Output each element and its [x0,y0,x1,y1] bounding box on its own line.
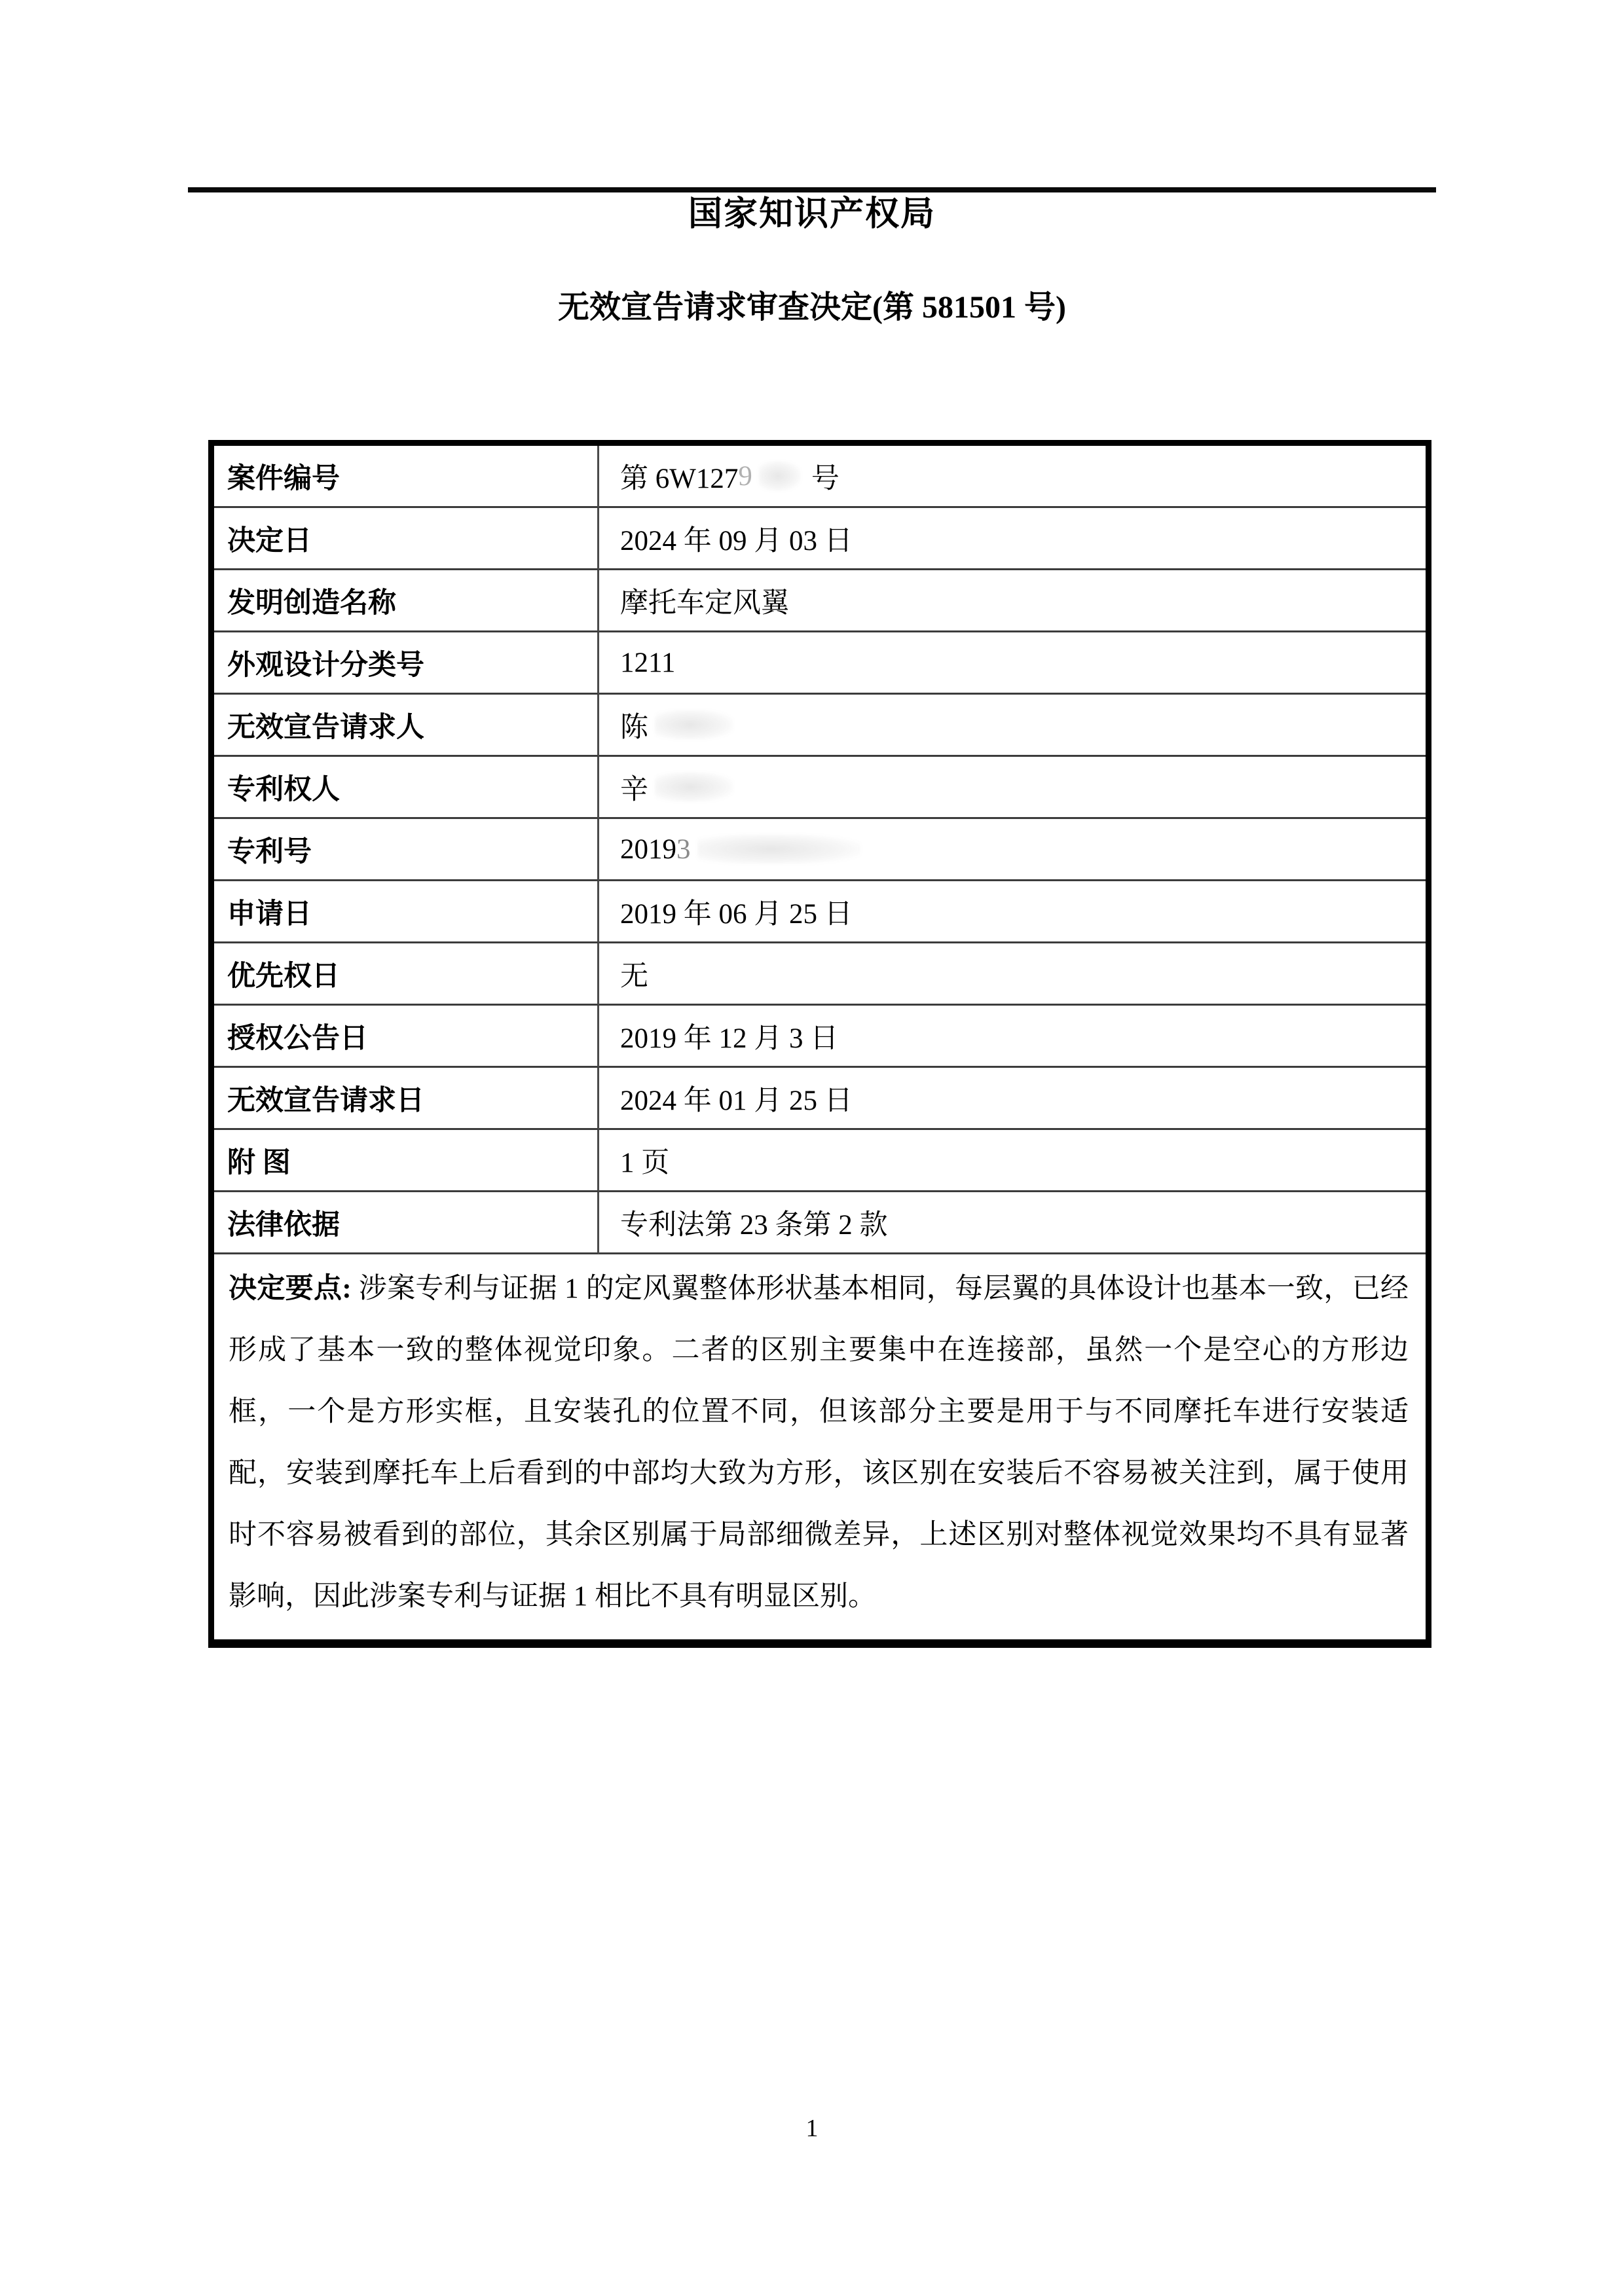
table-row-legal-basis: 法律依据 专利法第 23 条第 2 款 [214,1192,1426,1254]
row-value: 2024 年 01 月 25 日 [599,1068,1426,1130]
org-title: 国家知识产权局 [0,195,1624,234]
redaction-smudge [655,772,733,802]
row-value: 专利法第 23 条第 2 款 [599,1192,1426,1254]
row-value: 陈 [599,695,1426,757]
row-value: 第 6W1279号 [599,446,1426,508]
row-value: 摩托车定风翼 [599,570,1426,632]
decision-points-text: 涉案专利与证据 1 的定风翼整体形状基本相同，每层翼的具体设计也基本一致，已经形… [229,1273,1409,1612]
table-row-patent-number: 专利号 20193 [214,819,1426,881]
row-value: 辛 [599,757,1426,819]
page-number: 1 [0,2113,1624,2143]
value-text: 辛 [620,767,648,807]
case-info-table: 案件编号 第 6W1279号 决定日 2024 年 09 月 03 日 发明创造… [208,440,1431,1648]
row-label: 申请日 [214,881,599,943]
decision-points-label: 决定要点: [229,1273,352,1304]
table-row-case-number: 案件编号 第 6W1279号 [214,446,1426,508]
table-row-grant-date: 授权公告日 2019 年 12 月 3 日 [214,1006,1426,1068]
table-row-design-class: 外观设计分类号 1211 [214,632,1426,695]
row-value: 1211 [599,632,1426,695]
value-text: 2019 [620,833,676,866]
row-label: 发明创造名称 [214,570,599,632]
row-label: 案件编号 [214,446,599,508]
redaction-smudge [655,710,733,740]
row-value: 2024 年 09 月 03 日 [599,508,1426,570]
value-text: 第 6W127 [620,456,738,496]
row-value: 1 页 [599,1130,1426,1192]
row-label: 无效宣告请求日 [214,1068,599,1130]
redacted-ghost-text: 9 [738,460,752,492]
redaction-smudge [759,461,801,491]
decision-points-row: 决定要点: 涉案专利与证据 1 的定风翼整体形状基本相同，每层翼的具体设计也基本… [214,1254,1426,1639]
table-row-petitioner: 无效宣告请求人 陈 [214,695,1426,757]
row-label: 专利号 [214,819,599,881]
row-value: 20193 [599,819,1426,881]
redaction-smudge [697,834,861,864]
row-label: 决定日 [214,508,599,570]
table-row-figures: 附 图 1 页 [214,1130,1426,1192]
redacted-ghost-text: 3 [676,833,691,866]
table-row-invalidation-request-date: 无效宣告请求日 2024 年 01 月 25 日 [214,1068,1426,1130]
value-text: 陈 [620,705,648,745]
row-label: 外观设计分类号 [214,632,599,695]
row-label: 授权公告日 [214,1006,599,1068]
header-divider [188,187,1436,192]
table-row-decision-date: 决定日 2024 年 09 月 03 日 [214,508,1426,570]
row-label: 无效宣告请求人 [214,695,599,757]
row-label: 法律依据 [214,1192,599,1254]
row-value: 2019 年 12 月 3 日 [599,1006,1426,1068]
row-label: 附 图 [214,1130,599,1192]
table-row-invention-title: 发明创造名称 摩托车定风翼 [214,570,1426,632]
row-value: 无 [599,943,1426,1006]
document-page: 国家知识产权局 无效宣告请求审查决定(第 581501 号) 案件编号 第 6W… [0,0,1624,2296]
table-row-patentee: 专利权人 辛 [214,757,1426,819]
doc-title: 无效宣告请求审查决定(第 581501 号) [0,288,1624,327]
table-row-filing-date: 申请日 2019 年 06 月 25 日 [214,881,1426,943]
row-label: 优先权日 [214,943,599,1006]
row-label: 专利权人 [214,757,599,819]
row-value: 2019 年 06 月 25 日 [599,881,1426,943]
table-row-priority-date: 优先权日 无 [214,943,1426,1006]
value-text: 号 [811,456,840,496]
